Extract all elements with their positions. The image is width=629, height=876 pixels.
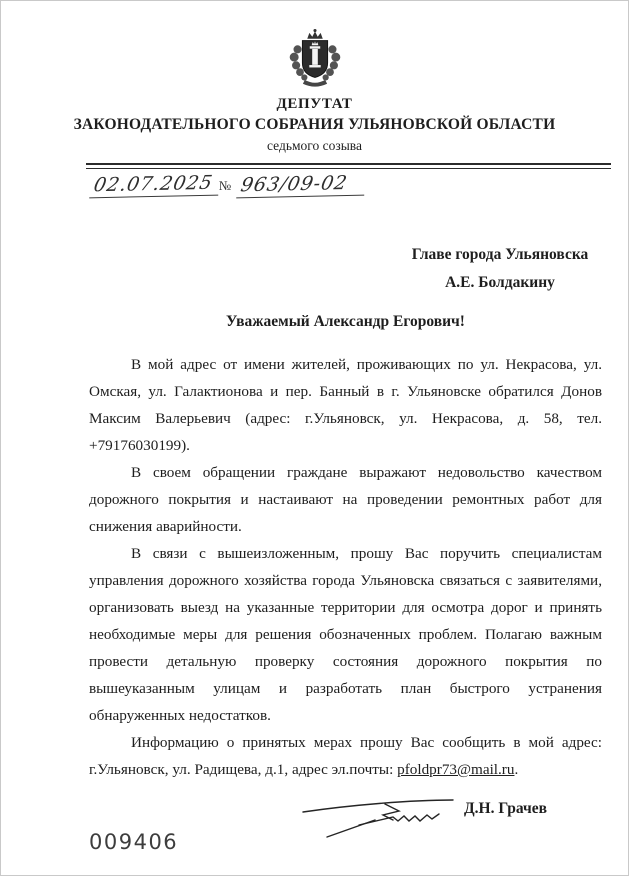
number-field: 963/09-02	[236, 172, 364, 199]
registration-stamp-number: 009406	[89, 830, 178, 854]
handwritten-number: 963/09-02	[239, 172, 350, 196]
letter-body: В мой адрес от имени жителей, проживающи…	[89, 351, 602, 783]
date-field: 02.07.2025	[89, 172, 218, 199]
paragraph-complaint: В своем обращении граждане выражают недо…	[89, 459, 602, 540]
paragraph-appeal: В мой адрес от имени жителей, проживающи…	[89, 351, 602, 459]
reference-line: 02.07.2025№ 963/09-02	[89, 173, 364, 197]
number-sign: №	[219, 178, 231, 193]
email-address: pfoldpr73@mail.ru	[397, 761, 514, 778]
paragraph-request: В связи с вышеизложенным, прошу Вас пору…	[89, 540, 602, 729]
handwritten-date: 02.07.2025	[92, 172, 215, 197]
handwritten-signature	[301, 789, 461, 846]
recipient-name: А.Е. Болдакину	[379, 269, 621, 297]
letterhead-subtitle: ЗАКОНОДАТЕЛЬНОГО СОБРАНИЯ УЛЬЯНОВСКОЙ ОБ…	[1, 116, 628, 134]
recipient-block: Главе города Ульяновска А.Е. Болдакину	[379, 241, 621, 297]
scanned-letter-page: ДЕПУТАТ ЗАКОНОДАТЕЛЬНОГО СОБРАНИЯ УЛЬЯНО…	[0, 0, 629, 876]
salutation: Уважаемый Александр Егорович!	[89, 313, 602, 331]
letterhead-divider	[86, 163, 611, 169]
letterhead-convocation: седьмого созыва	[1, 138, 628, 154]
signatory-name: Д.Н. Грачев	[464, 800, 547, 818]
paragraph-closing: Информацию о принятых мерах прошу Вас со…	[89, 729, 602, 783]
recipient-title: Главе города Ульяновска	[379, 241, 621, 269]
letterhead: ДЕПУТАТ ЗАКОНОДАТЕЛЬНОГО СОБРАНИЯ УЛЬЯНО…	[1, 96, 628, 154]
coat-of-arms-icon	[284, 28, 346, 97]
letterhead-title: ДЕПУТАТ	[1, 96, 628, 113]
closing-period: .	[514, 761, 518, 778]
closing-text: Информацию о принятых мерах прошу Вас со…	[89, 734, 602, 778]
